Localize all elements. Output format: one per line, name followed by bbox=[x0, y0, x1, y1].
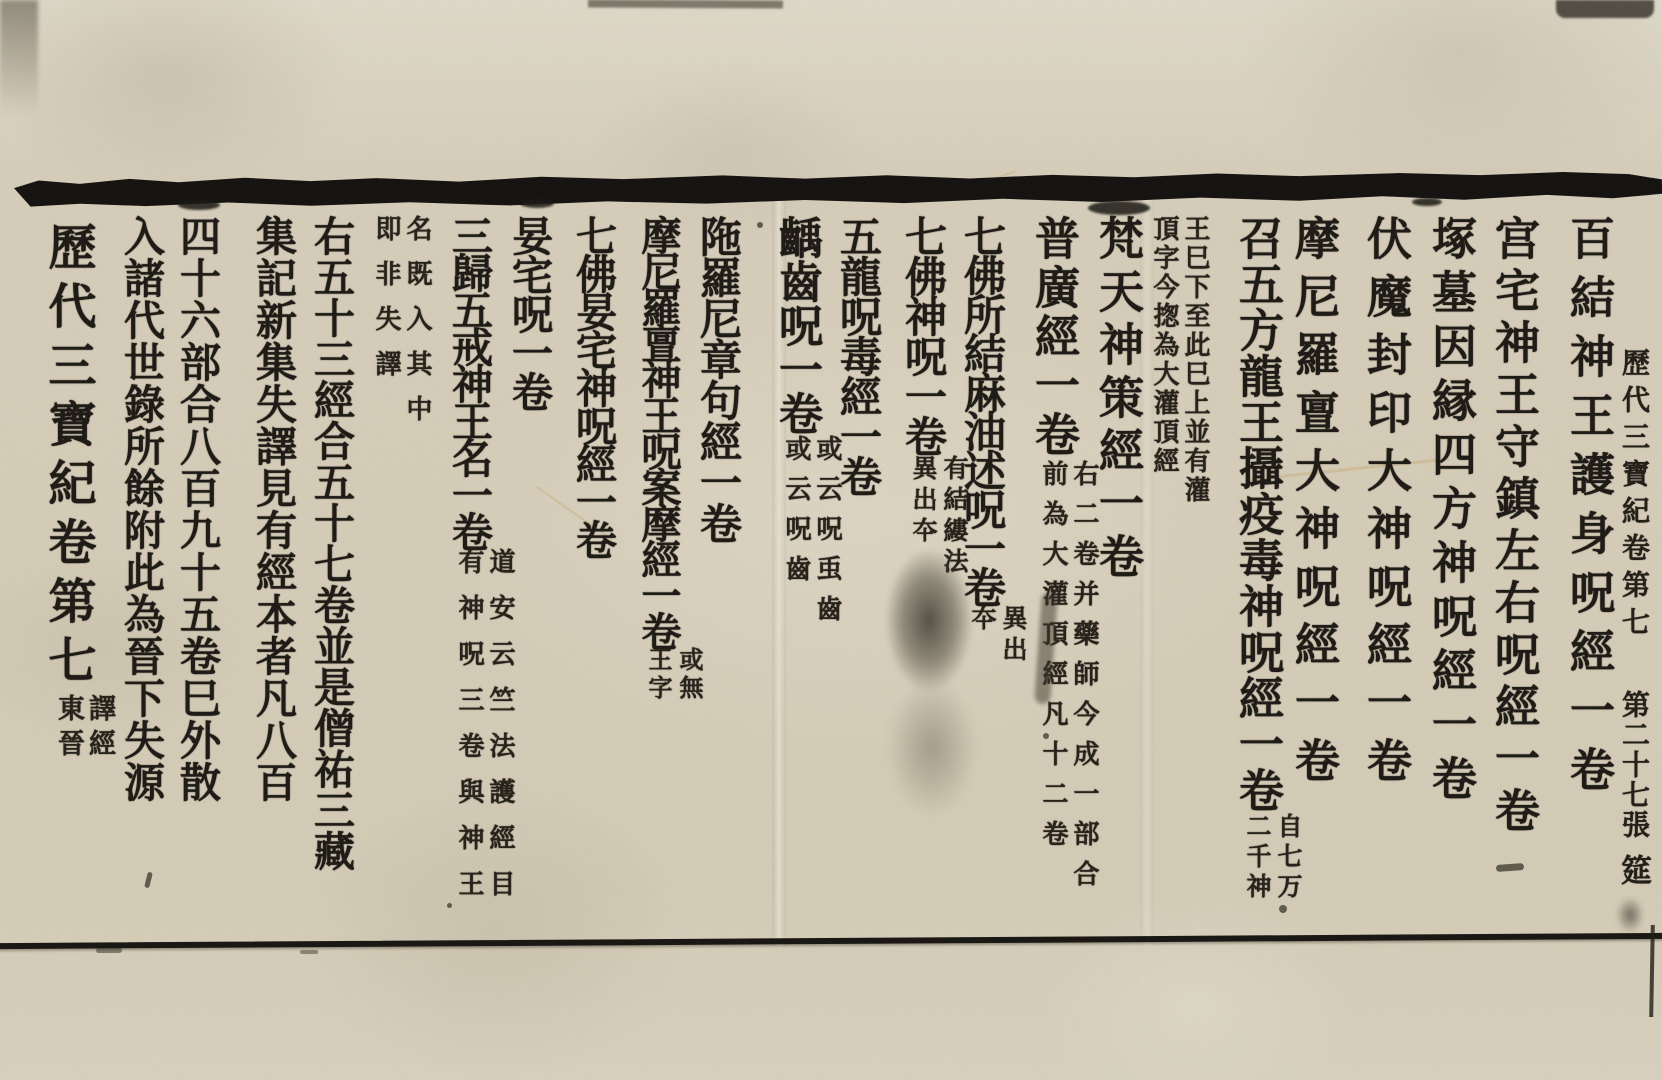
note-column-left: 前為大灌頂經凡十二卷 bbox=[1037, 460, 1068, 900]
margin-work-title: 歷代三寶紀卷第七 bbox=[1616, 348, 1652, 644]
top-border-blotch bbox=[178, 200, 220, 210]
sutra-entry-column: 七佛妟宅神呪經一卷 bbox=[568, 215, 618, 557]
interlinear-note: 有結縷法異出夲 bbox=[908, 455, 970, 579]
top-border-blotch bbox=[520, 199, 554, 208]
colophon-column: 四十六部合八百九十五卷巳外散 bbox=[172, 215, 222, 803]
interlinear-note: 譯經東晉 bbox=[53, 694, 115, 764]
speck bbox=[1496, 863, 1524, 872]
margin-smudge-mark bbox=[1612, 892, 1648, 938]
sutra-entry-column: 三歸五戒神王名一卷道安云竺法護經目有神呪三卷與神王 bbox=[444, 215, 525, 916]
sutra-title-text: 摩尼羅亶神王呪案摩經一卷 bbox=[635, 215, 681, 647]
speck bbox=[96, 948, 122, 953]
note-column-right: 名既入其中 bbox=[401, 215, 432, 440]
speck bbox=[144, 872, 153, 889]
interlinear-note: 名既入其中即非失譯 bbox=[370, 215, 432, 440]
interlinear-note-column: 名既入其中即非失譯 bbox=[358, 215, 432, 440]
sutra-title-text: 七佛妟宅神呪經一卷 bbox=[569, 215, 617, 557]
speck bbox=[757, 222, 763, 228]
note-column-right: 王巳下至此巳上並有灌 bbox=[1179, 215, 1210, 505]
note-column-right: 道安云竺法護經目 bbox=[484, 548, 515, 916]
manuscript-page: 歷代三寶紀卷第七 第二十七張 筵 百結神王護身呪經一卷 宫宅神王守鎮左右呪經一卷… bbox=[0, 0, 1662, 1080]
sutra-title-text: 塚墓因縁四方神呪經一卷 bbox=[1424, 215, 1477, 809]
sutra-entry-column: 七佛神呪一卷有結縷法異出夲 bbox=[898, 215, 980, 579]
top-border-blotch bbox=[1412, 198, 1442, 206]
sutra-entry-column: 召五方龍王攝疫毒神呪經一卷自七万二千神 bbox=[1229, 215, 1314, 903]
margin-sheet-number: 第二十七張 bbox=[1616, 690, 1652, 840]
note-column-left: 夲 bbox=[967, 605, 998, 667]
note-column-left: 王字 bbox=[642, 647, 673, 703]
end-title-column: 歷代三寶紀卷第七譯經東晉 bbox=[38, 222, 125, 764]
colophon-text: 右五十三經合五十七卷並是僧祐三藏 bbox=[307, 215, 355, 871]
interlinear-note: 異出夲 bbox=[967, 605, 1029, 667]
interlinear-note: 自七万二千神 bbox=[1242, 813, 1304, 903]
speck bbox=[1279, 905, 1287, 913]
interlinear-note: 道安云竺法護經目有神呪三卷與神王 bbox=[453, 548, 515, 916]
note-column-right: 右二卷并藥師今成一部合 bbox=[1068, 460, 1099, 900]
sutra-title-text: 齲齒呪一卷 bbox=[771, 215, 822, 435]
sutra-title-text: 三歸五戒神王名一卷 bbox=[445, 215, 493, 548]
interlinear-note: 王巳下至此巳上並有灌頂字今揔為大灌頂經 bbox=[1148, 215, 1210, 505]
sutra-entry-column: 塚墓因縁四方神呪經一卷 bbox=[1422, 215, 1478, 809]
sutra-entry-column: 百結神王護身呪經一卷 bbox=[1560, 215, 1616, 805]
bottom-border-line bbox=[0, 933, 1662, 949]
right-edge-line bbox=[1649, 925, 1655, 1017]
interlinear-note: 或無王字 bbox=[642, 647, 704, 703]
sutra-title-text: 召五方龍王攝疫毒神呪經一卷 bbox=[1231, 215, 1284, 813]
colophon-column: 集記新集失譯見有經本者凡八百 bbox=[248, 215, 298, 803]
sutra-title-text: 七佛神呪一卷 bbox=[899, 215, 948, 455]
note-column-left: 即非失譯 bbox=[370, 215, 401, 440]
note-column-right: 有結縷法 bbox=[939, 455, 970, 579]
interlinear-note: 右二卷并藥師今成一部合前為大灌頂經凡十二卷 bbox=[1037, 460, 1099, 900]
end-title-text: 歷代三寶紀卷第七 bbox=[40, 222, 96, 694]
note-column-right: 自七万 bbox=[1273, 813, 1304, 903]
interlinear-note: 或云呪䖝齒或云呪齒 bbox=[780, 435, 842, 635]
sutra-title-text: 百結神王護身呪經一卷 bbox=[1562, 215, 1615, 805]
speck bbox=[300, 950, 318, 954]
interlinear-note-column: 王巳下至此巳上並有灌頂字今揔為大灌頂經 bbox=[1136, 215, 1210, 505]
sutra-entry-column: 摩尼羅亶神王呪案摩經一卷或無王字 bbox=[634, 215, 714, 703]
colophon-column: 右五十三經合五十七卷並是僧祐三藏 bbox=[306, 215, 356, 871]
sutra-entry-column: 齲齒呪一卷或云呪䖝齒或云呪齒 bbox=[770, 215, 852, 635]
sutra-entry-column: 伏魔封印大神呪經一卷 bbox=[1357, 215, 1413, 795]
ink-smudge bbox=[872, 655, 992, 840]
note-column-left: 頂字今揔為大灌頂經 bbox=[1148, 215, 1179, 505]
sutra-entry-column: 宫宅神王守鎮左右呪經一卷 bbox=[1485, 215, 1541, 839]
note-column-left: 東晉 bbox=[53, 694, 84, 764]
margin-case-mark: 筵 bbox=[1614, 854, 1652, 885]
colophon-text: 四十六部合八百九十五卷巳外散 bbox=[173, 215, 221, 803]
note-column-left: 異出夲 bbox=[908, 455, 939, 579]
colophon-text: 集記新集失譯見有經本者凡八百 bbox=[249, 215, 297, 803]
note-column-right: 異出 bbox=[998, 605, 1029, 667]
note-column-left: 或云呪齒 bbox=[780, 435, 811, 635]
note-column-right: 或云呪䖝齒 bbox=[811, 435, 842, 635]
note-column-right: 或無 bbox=[673, 647, 704, 703]
note-column-left: 有神呪三卷與神王 bbox=[453, 548, 484, 916]
note-column-left: 二千神 bbox=[1242, 813, 1273, 903]
sutra-title-text: 伏魔封印大神呪經一卷 bbox=[1359, 215, 1412, 795]
top-border-blotch bbox=[1088, 201, 1150, 215]
sutra-title-text: 宫宅神王守鎮左右呪經一卷 bbox=[1487, 215, 1540, 839]
paper-top-margin bbox=[0, 0, 1662, 174]
note-column-right: 譯經 bbox=[84, 694, 115, 764]
